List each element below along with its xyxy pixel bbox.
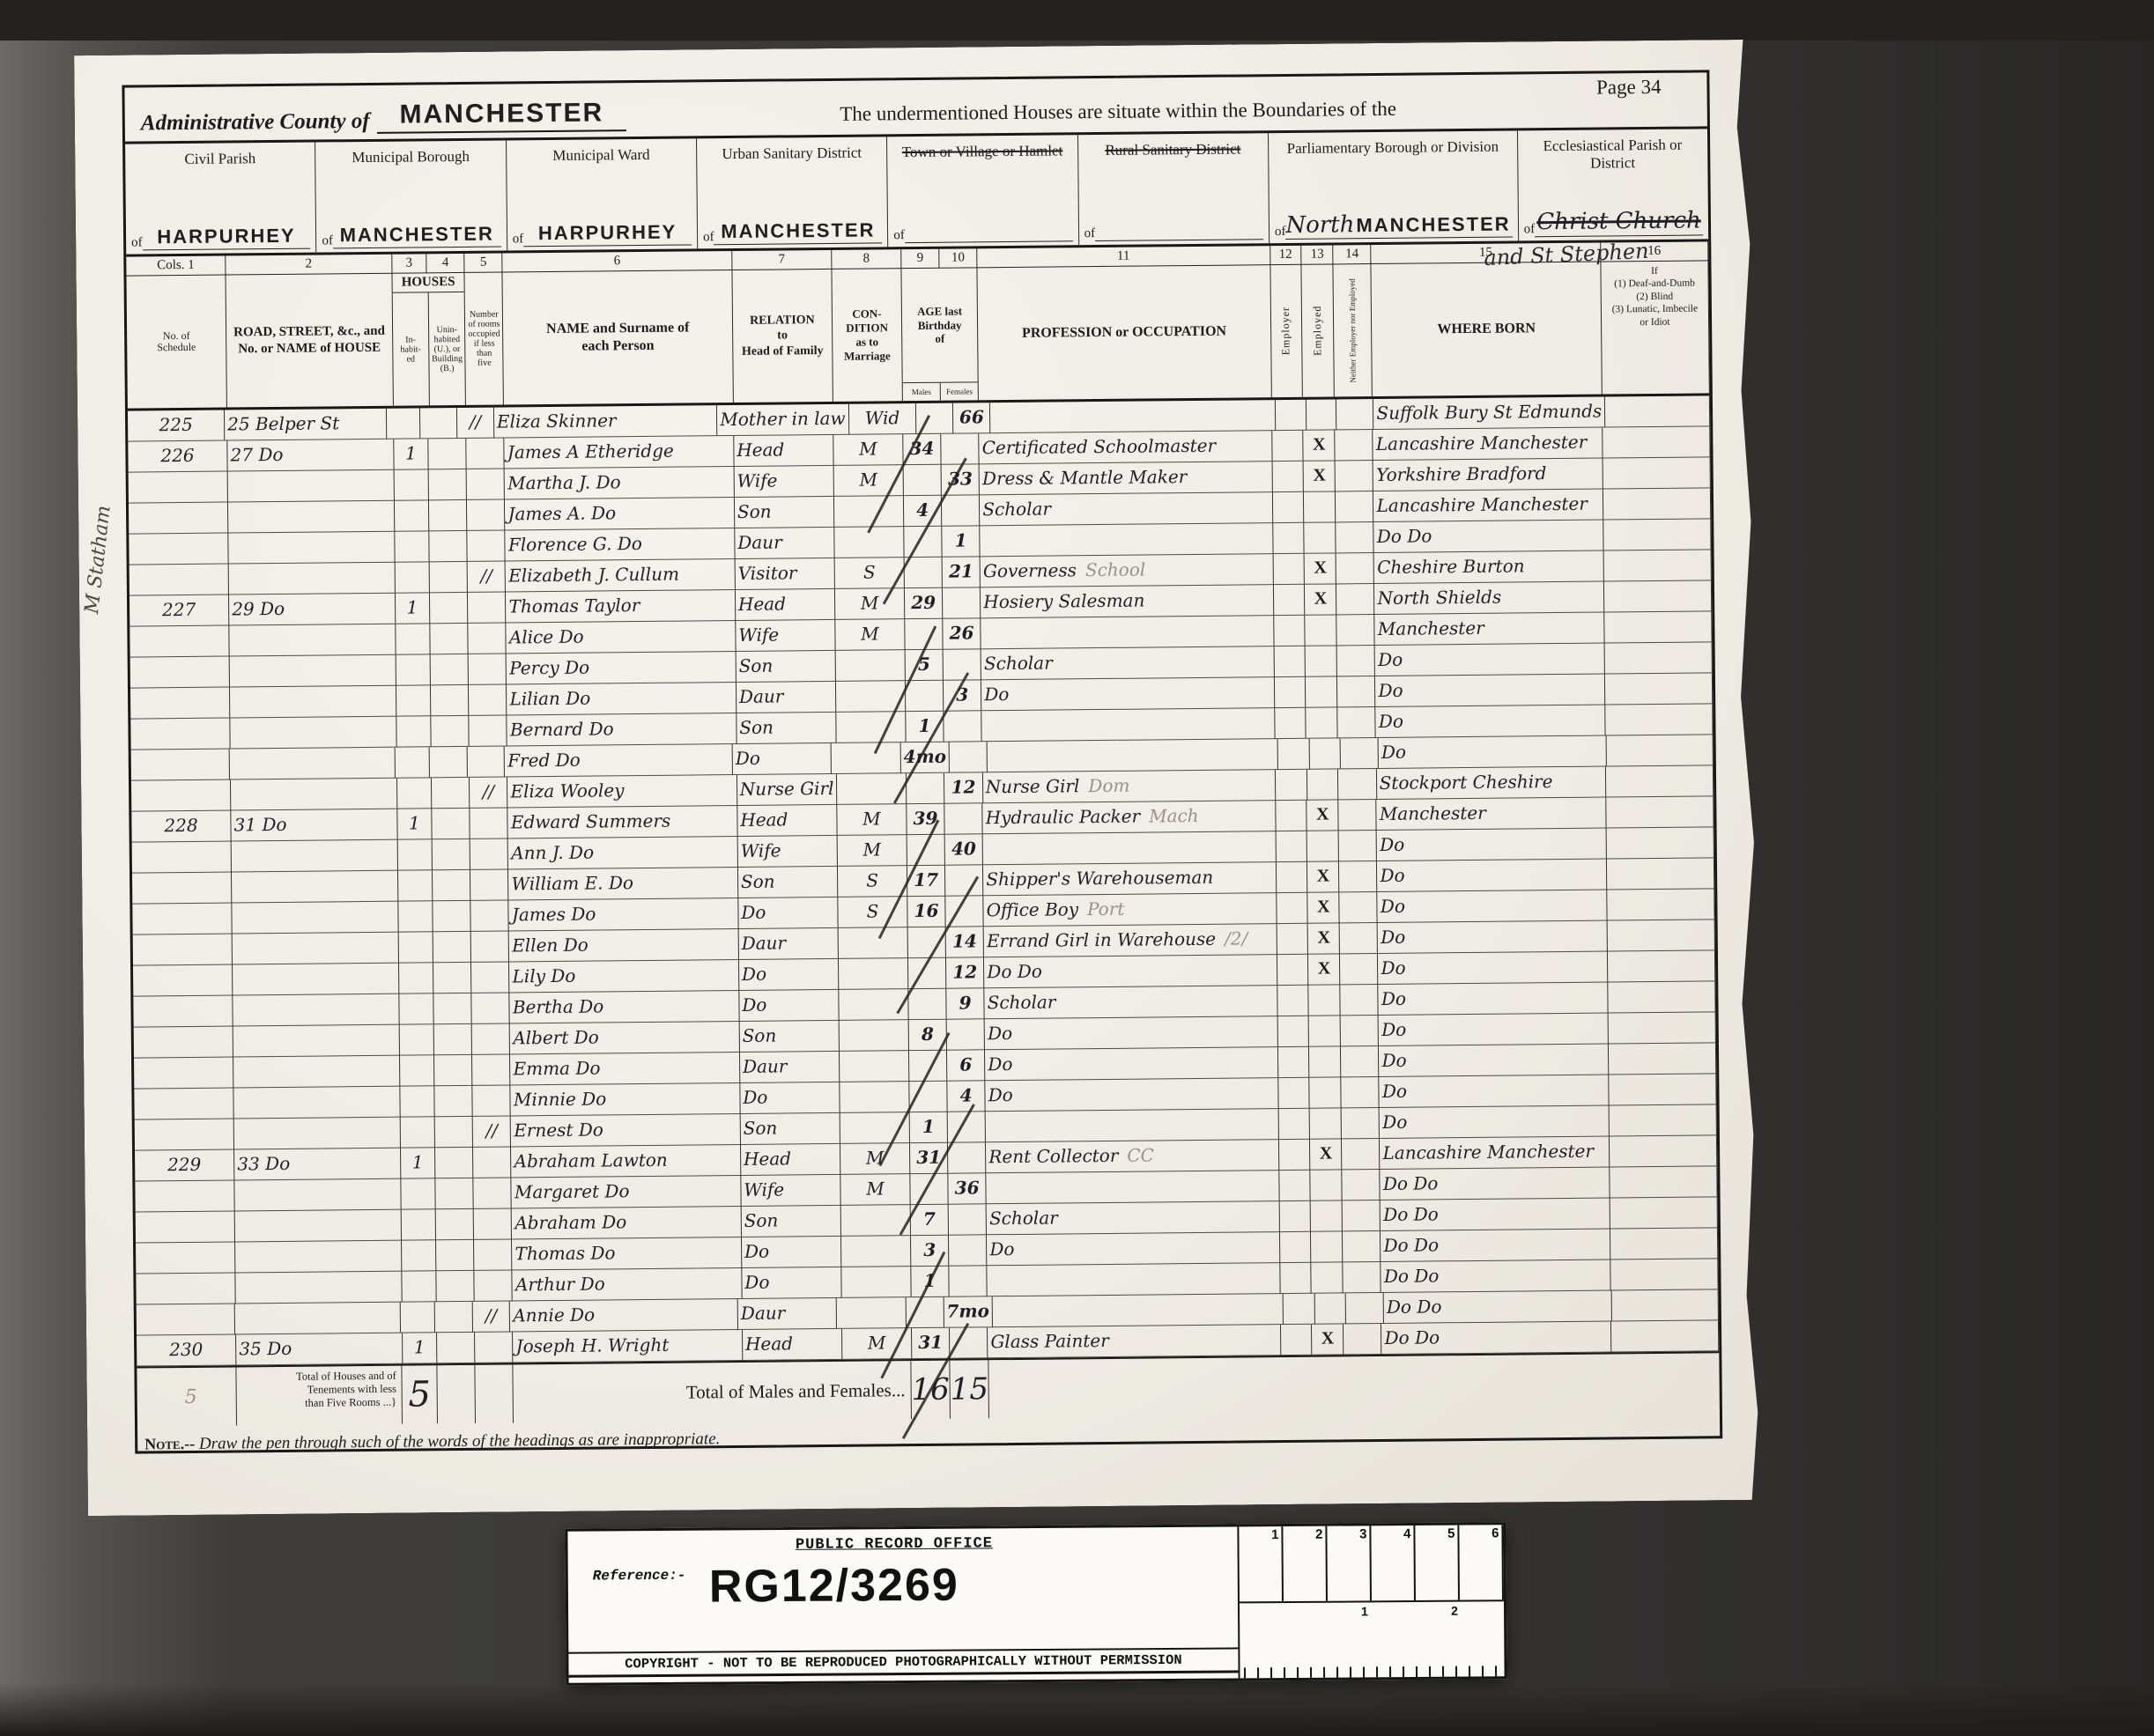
column-number: 10 [939, 248, 977, 268]
cell-e12 [1273, 523, 1305, 554]
cell-u [436, 1209, 474, 1240]
cell-e13: X [1304, 430, 1336, 461]
cell-inf [1610, 1228, 1718, 1260]
cell-rm [468, 530, 506, 561]
cell-occ: Nurse GirlDom [982, 770, 1275, 803]
cell-c [839, 958, 908, 990]
ruler-number: 3 [1327, 1525, 1372, 1600]
cell-c [837, 773, 907, 805]
cell-c [839, 927, 908, 959]
cell-occ: Do Do [984, 955, 1277, 988]
cell-a [233, 964, 399, 996]
cell-e13: X [1307, 800, 1339, 831]
pencil-annotation: Port [1087, 898, 1125, 920]
cell-e13 [1311, 1170, 1343, 1200]
cell-u [437, 1271, 475, 1302]
cell-u [429, 439, 467, 469]
cell-inf [1609, 1043, 1716, 1075]
cell-inf [1606, 796, 1714, 828]
census-table: Cols. 12345678910111213141516 No. of Sch… [126, 241, 1720, 1426]
cell-e12 [1276, 862, 1307, 893]
cell-e14 [1346, 1293, 1384, 1324]
cell-a: 33 Do [234, 1149, 401, 1181]
cell-am [908, 927, 946, 958]
cell-s [134, 1026, 233, 1058]
cell-am [906, 681, 944, 712]
cell-rm [470, 808, 508, 838]
cell-u [436, 1240, 474, 1271]
cell-af: 4 [947, 1081, 985, 1112]
cell-c: Wid [848, 403, 916, 435]
col-condition-header: CON- DITION as to Marriage [832, 269, 902, 402]
cell-c [834, 496, 904, 528]
cell-rel: Son [737, 713, 836, 744]
cell-am [907, 835, 945, 866]
cell-born: North Shields [1374, 582, 1604, 615]
col-name-header: NAME and Surname of each Person [503, 270, 734, 404]
cell-rel: Daur [735, 528, 834, 559]
cell-e14 [1341, 1016, 1379, 1046]
cell-occ: Do [987, 1232, 1280, 1266]
cell-s [134, 1088, 233, 1119]
cell-e14 [1341, 738, 1379, 769]
cell-e12 [1273, 585, 1305, 616]
col-schedule-header: No. of Schedule [126, 276, 227, 409]
cell-n: Elizabeth J. Cullum [506, 559, 736, 592]
cell-am: 4mo [900, 742, 950, 774]
district-town-village: Town or Village or Hamlet of [887, 135, 1079, 247]
cell-born: Do Do [1374, 521, 1604, 553]
cell-inf [1605, 395, 1710, 427]
cell-e13 [1305, 522, 1336, 553]
cell-n: Percy Do [507, 652, 737, 684]
cell-inf [1603, 519, 1711, 550]
cell-rel: Daur [740, 1052, 840, 1083]
cell-am: 5 [906, 650, 944, 681]
cell-rel: Do [739, 959, 839, 991]
cell-e12 [1277, 955, 1308, 986]
col-neither-header: Neither Employer nor Employed [1334, 264, 1373, 396]
cell-inf [1610, 1166, 1717, 1198]
cell-born: Do [1380, 1075, 1610, 1107]
cell-u [433, 839, 470, 870]
cell-born: Do Do [1381, 1321, 1611, 1354]
cell-born: Stockport Cheshire [1377, 767, 1607, 800]
cell-c: S [838, 897, 907, 928]
cell-n: Bertha Do [510, 991, 740, 1023]
cell-rel: Mother in law [717, 404, 849, 436]
cell-c: S [838, 866, 907, 898]
cell-af [944, 803, 982, 834]
cell-c: M [838, 835, 907, 867]
cell-rel: Nurse Girl [737, 774, 838, 806]
cell-a [235, 1303, 401, 1335]
cell-u [434, 1055, 472, 1086]
cell-born: Do Do [1384, 1290, 1612, 1323]
cell-e13: X [1310, 1139, 1342, 1170]
col-houses-header: HOUSES In- habit- ed Unin- habited (U.),… [392, 273, 466, 406]
cell-e13 [1311, 1200, 1343, 1231]
cell-e12 [1279, 1201, 1311, 1232]
column-number: 2 [226, 255, 392, 276]
cell-n: Fred Do [505, 744, 733, 777]
cell-c [840, 1020, 909, 1052]
cell-i [401, 1178, 436, 1209]
cell-i [400, 1117, 435, 1148]
cell-c [836, 681, 906, 713]
cell-s [129, 472, 228, 504]
cell-n: James A Etheridge [505, 436, 735, 469]
cell-born: Do [1378, 952, 1608, 985]
column-labels-row: No. of Schedule ROAD, STREET, &c., and N… [126, 261, 1709, 408]
cell-rel: Do [739, 990, 839, 1022]
column-number: 11 [977, 246, 1269, 268]
pro-office-title: PUBLIC RECORD OFFICE [796, 1535, 993, 1554]
cell-i [387, 408, 421, 439]
cell-c [832, 742, 901, 774]
cell-occ [987, 1171, 1280, 1204]
cell-rm [467, 499, 505, 530]
cell-u [437, 1333, 475, 1363]
cell-am [908, 958, 946, 989]
cell-e13 [1309, 985, 1341, 1016]
cell-e13: X [1308, 923, 1340, 954]
cell-u [420, 408, 457, 439]
cell-e12 [1277, 986, 1309, 1016]
cell-s [133, 964, 233, 996]
cell-af [942, 495, 980, 526]
cell-i [398, 932, 433, 963]
cell-am [904, 465, 942, 496]
cell-rm [471, 962, 509, 993]
cell-inf [1608, 950, 1715, 982]
district-boxes: Civil Parish of HARPURHEY Municipal Boro… [125, 129, 1708, 256]
cell-s [130, 688, 230, 720]
cell-rm [472, 1023, 510, 1054]
cell-i [398, 901, 433, 932]
cell-am [904, 527, 942, 558]
cell-inf [1610, 1197, 1717, 1229]
cell-a [232, 902, 398, 934]
cell-e13: X [1308, 892, 1340, 923]
district-municipal-ward: Municipal Ward of HARPURHEY [507, 138, 699, 250]
cell-rm [475, 1270, 513, 1301]
cell-s [130, 718, 230, 750]
cell-a: 29 Do [229, 594, 396, 626]
cell-e14 [1340, 892, 1378, 923]
cell-inf [1605, 704, 1713, 735]
cell-c [837, 1297, 907, 1329]
cell-c [841, 1236, 911, 1267]
cell-e13 [1309, 738, 1341, 769]
cell-born: Do [1379, 736, 1607, 769]
cell-af [950, 742, 988, 772]
cell-born: Cheshire Burton [1374, 551, 1604, 584]
cell-e12 [1272, 431, 1304, 462]
cell-occ: Hydraulic PackerMach [983, 801, 1277, 834]
cell-e13 [1312, 1262, 1343, 1293]
cell-n: Annie Do [510, 1299, 738, 1332]
cell-e12 [1272, 462, 1304, 492]
copyright-notice: COPYRIGHT - NOT TO BE REPRODUCED PHOTOGR… [568, 1647, 1238, 1677]
cell-n: Alice Do [507, 621, 737, 654]
cell-u [433, 809, 470, 839]
cell-af: 12 [946, 957, 984, 988]
cell-rm [468, 592, 506, 623]
cell-born: Do [1379, 1014, 1609, 1046]
cell-am: 29 [905, 588, 943, 619]
cell-inf [1606, 735, 1714, 766]
cell-n: William E. Do [508, 868, 738, 900]
cell-u [429, 500, 467, 531]
cell-occ [980, 523, 1273, 557]
cell-c [840, 1082, 909, 1113]
cell-rm: // [470, 777, 507, 808]
punch-hole [1765, 1097, 1787, 1119]
cell-s: 229 [135, 1149, 234, 1181]
cell-inf [1607, 920, 1714, 951]
col-rooms-header: Number of rooms occupied if less than fi… [465, 273, 505, 405]
cell-e12 [1273, 554, 1305, 585]
cell-i: 1 [403, 1333, 438, 1363]
cell-am: 31 [910, 1143, 948, 1174]
cell-n: James A. Do [505, 498, 735, 530]
cell-af [948, 1112, 986, 1142]
cell-s [135, 1119, 234, 1150]
cell-s: 225 [128, 410, 225, 442]
cell-a [230, 655, 396, 688]
totals-males: 16 [911, 1361, 951, 1419]
cell-s [129, 534, 228, 565]
cell-e14 [1338, 769, 1376, 800]
cell-i [396, 685, 432, 716]
cell-e12 [1276, 831, 1307, 862]
cell-s [132, 841, 232, 873]
cell-am [916, 403, 953, 434]
cell-a [235, 1210, 402, 1243]
page-number: Page 34 [1413, 76, 1691, 124]
cell-i: 1 [396, 593, 431, 624]
cell-rel: Son [735, 497, 834, 528]
cell-e14 [1337, 615, 1375, 646]
cell-e12 [1275, 708, 1306, 739]
cell-n: Florence G. Do [506, 528, 736, 561]
cell-e13: X [1305, 584, 1336, 615]
cell-e12 [1277, 1016, 1309, 1047]
cell-inf [1603, 488, 1711, 520]
cell-inf [1605, 673, 1713, 705]
cell-af: 12 [944, 772, 982, 803]
cell-occ [988, 739, 1278, 772]
cell-e14 [1336, 522, 1374, 553]
cell-af: 26 [943, 618, 981, 649]
cell-e14 [1342, 1077, 1380, 1108]
cell-a [230, 717, 396, 750]
cell-n: Ellen Do [509, 929, 739, 962]
cell-n: Margaret Do [512, 1176, 742, 1208]
cell-e12 [1278, 1078, 1310, 1109]
cell-occ: GovernessSchool [981, 554, 1274, 587]
cell-a [228, 532, 395, 565]
cell-n: Arthur Do [513, 1268, 743, 1301]
cell-a [233, 1056, 400, 1089]
ruler-number: 1 [1239, 1526, 1284, 1601]
cell-am: 1 [910, 1112, 948, 1143]
cell-u [433, 870, 470, 901]
cell-i [402, 1240, 437, 1271]
cell-e12 [1280, 1263, 1312, 1294]
cell-u [435, 1086, 473, 1117]
cell-a [233, 994, 399, 1027]
cell-rel: Head [741, 1144, 840, 1176]
cell-u [430, 593, 468, 624]
cell-rel: Son [742, 1206, 841, 1237]
cell-e13 [1306, 399, 1336, 430]
cell-n: Lilian Do [507, 683, 737, 715]
cell-e13 [1309, 1046, 1341, 1077]
cell-s [136, 1211, 235, 1243]
cell-af: 6 [947, 1050, 985, 1081]
cell-af [949, 1204, 987, 1235]
cell-c: S [835, 558, 905, 589]
cell-i [397, 778, 433, 809]
cell-e12 [1274, 616, 1306, 646]
cell-am: 34 [903, 434, 941, 465]
cell-c: M [840, 1143, 910, 1175]
cell-c [839, 989, 908, 1021]
county-label: Administrative County of [141, 109, 370, 136]
cell-n: Martha J. Do [505, 467, 735, 499]
cell-occ: Glass Painter [988, 1325, 1281, 1358]
cell-rm [474, 1239, 512, 1270]
col-inhabited-header: In- habit- ed [392, 292, 430, 405]
cell-rm: // [457, 408, 494, 439]
cell-c [841, 1267, 911, 1298]
cell-c [836, 712, 906, 743]
cell-inf [1604, 611, 1712, 643]
cell-rel: Head [743, 1329, 842, 1361]
column-number: 4 [427, 254, 465, 273]
district-municipal-borough: Municipal Borough of MANCHESTER [315, 140, 507, 252]
cell-e14 [1336, 399, 1373, 430]
cell-e14 [1343, 1262, 1381, 1293]
cell-am: 17 [907, 866, 945, 897]
cell-occ: Do [986, 1078, 1279, 1112]
cell-n: Ann J. Do [508, 837, 738, 869]
cell-rel: Head [737, 805, 837, 837]
cell-n: Ernest Do [511, 1114, 741, 1147]
cell-e12 [1276, 801, 1307, 831]
cell-e13 [1306, 707, 1338, 738]
cell-occ [990, 400, 1276, 433]
cell-s [130, 565, 229, 596]
cell-i [395, 531, 430, 562]
district-parliamentary: Parliamentary Borough or Division of Nor… [1269, 130, 1519, 243]
cell-occ: Hosiery Salesman [981, 585, 1274, 618]
cell-e13 [1304, 491, 1336, 522]
punch-hole [1753, 223, 1776, 249]
cell-inf [1611, 1289, 1719, 1321]
cell-rel: Daur [738, 1298, 838, 1330]
cell-af [941, 433, 979, 464]
cell-a [230, 748, 396, 780]
cell-inf [1603, 550, 1711, 581]
cell-i [401, 1209, 436, 1240]
cell-born: Do [1376, 705, 1606, 738]
table-header: Cols. 12345678910111213141516 No. of Sch… [126, 241, 1710, 410]
cell-n: Emma Do [510, 1053, 740, 1085]
cell-n: Abraham Do [512, 1207, 742, 1239]
column-number: 9 [901, 249, 939, 269]
cell-e13 [1311, 1231, 1343, 1262]
cell-n: James Do [509, 898, 739, 931]
cell-e13 [1306, 676, 1337, 707]
cell-u [430, 531, 468, 562]
cell-occ: Office BoyPort [984, 893, 1277, 927]
cell-u [435, 1302, 473, 1333]
cell-e14 [1341, 985, 1379, 1016]
cell-occ [986, 1109, 1279, 1142]
cell-a [233, 1087, 400, 1119]
cell-i [400, 1055, 435, 1086]
cell-s [130, 626, 229, 658]
cell-e12 [1272, 492, 1304, 523]
cell-rel: Do [738, 898, 838, 929]
cell-rm [467, 747, 505, 778]
cell-occ [982, 708, 1276, 742]
cell-rm [473, 1085, 511, 1116]
cell-am: 39 [907, 804, 944, 835]
cell-rel: Daur [737, 682, 836, 713]
cell-e13 [1306, 615, 1337, 646]
cell-e14 [1337, 676, 1375, 707]
cell-e14 [1342, 1139, 1380, 1170]
district-civil-parish: Civil Parish of HARPURHEY [125, 143, 317, 255]
cell-inf [1606, 827, 1714, 859]
cell-c: M [835, 588, 905, 620]
cell-e13 [1306, 646, 1337, 676]
cell-born: Do Do [1380, 1229, 1610, 1261]
cell-s [135, 1180, 234, 1212]
cell-e13 [1314, 1293, 1346, 1324]
cell-c: M [842, 1328, 912, 1360]
cell-am: 16 [907, 897, 945, 927]
pencil-annotation: Dom [1088, 775, 1129, 796]
col-age-males-header: Males [903, 383, 941, 401]
cell-inf [1610, 1259, 1718, 1290]
cell-s [131, 779, 231, 811]
cell-e12 [1277, 924, 1308, 955]
cell-inf [1603, 426, 1710, 458]
cell-af: 3 [944, 680, 981, 711]
totals-females: 15 [950, 1360, 989, 1418]
cell-c [836, 650, 906, 682]
cell-e14 [1337, 646, 1375, 676]
cell-occ: Shipper's Warehouseman [983, 862, 1277, 896]
cell-af: 66 [953, 403, 990, 433]
column-number: 8 [832, 249, 901, 270]
cell-af [949, 1235, 987, 1266]
totals-males-females-label: Total of Males and Females... [513, 1361, 912, 1422]
cell-am [910, 1174, 948, 1205]
column-number: 15 [1372, 243, 1602, 264]
cell-i [395, 562, 430, 593]
cell-e14 [1343, 1200, 1380, 1231]
measurement-ruler: 123456 1 2 [1237, 1525, 1504, 1678]
cell-a [234, 1179, 401, 1212]
cell-a [234, 1118, 401, 1150]
cell-rm: // [473, 1116, 511, 1147]
